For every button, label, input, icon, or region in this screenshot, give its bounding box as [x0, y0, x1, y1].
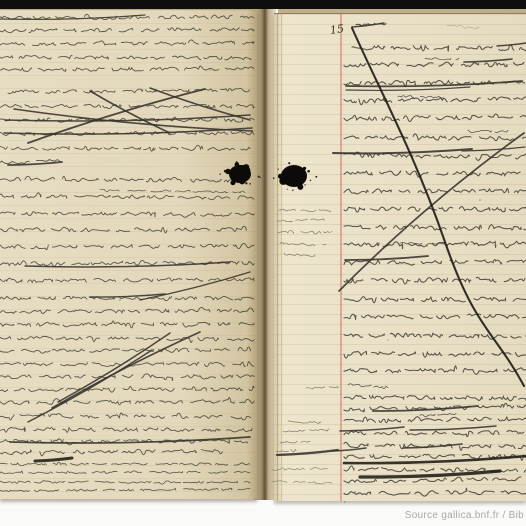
- page-number: 15: [329, 22, 345, 37]
- ink-speck: [387, 339, 388, 340]
- ink-speck: [119, 299, 121, 301]
- handwriting-layer: [0, 0, 526, 526]
- right-page-crossouts: [277, 23, 526, 477]
- left-page-crossouts: [0, 15, 252, 461]
- ink-speck: [344, 501, 345, 502]
- manuscript-scan: Source gallica.bnf.fr / Bib 15: [0, 0, 526, 526]
- ink-speck: [479, 199, 481, 201]
- large-crossout-sweep: [352, 28, 524, 386]
- left-page-handwriting: [0, 14, 254, 491]
- ink-speck: [354, 491, 356, 493]
- ink-speck: [209, 69, 210, 70]
